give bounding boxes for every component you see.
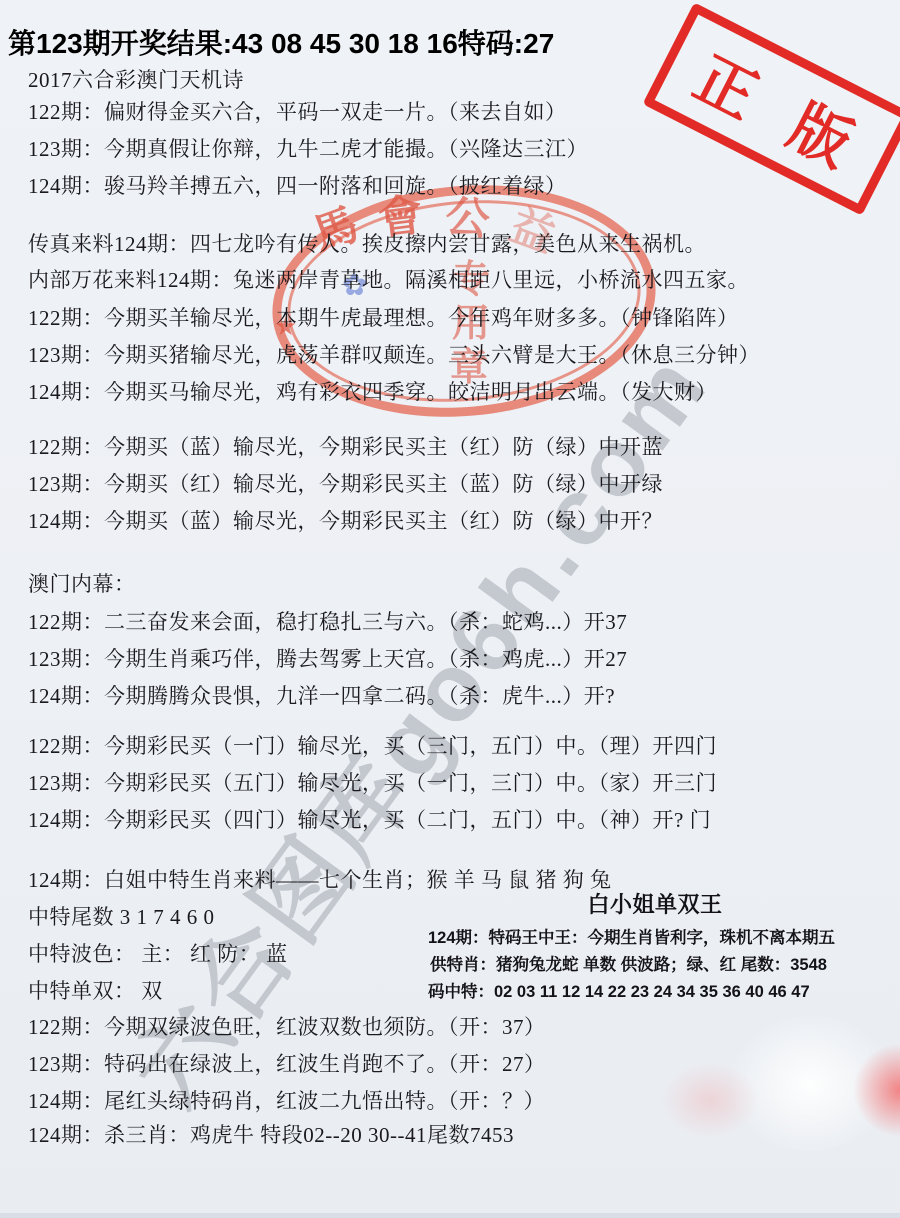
page-bottom-edge bbox=[0, 1213, 900, 1218]
laili-line: 内部万花来料124期：兔迷两岸青草地。隔溪相距八里远，小桥流水四五家。 bbox=[28, 264, 749, 294]
draw-result-headline: 第123期开奖结果:43 08 45 30 18 16特码:27 bbox=[8, 22, 554, 62]
genuine-stamp-label: 正版 bbox=[646, 13, 900, 204]
laili-line: 122期：今期买羊输尽光，本期牛虎最理想。今年鸡年财多多。（钟锋陷阵） bbox=[28, 302, 739, 332]
baixiaojie-line: 124期：特码王中王：今期生肖皆利字，珠机不离本期五 bbox=[428, 924, 835, 948]
color-bet-line: 124期：今期买（蓝）输尽光，今期彩民买主（红）防（绿）中开？ bbox=[28, 505, 663, 535]
laili-line: 传真来料124期：四七龙吟有传人。挨皮擦内尝甘露，美色从来生祸机。 bbox=[28, 228, 706, 258]
zhongte-oddeven-line: 中特单双： 双 bbox=[28, 975, 163, 1005]
lottery-tip-sheet: 馬 會 公 益 专 用 章 ✿ ★ 六合图库go6h.com 正版 第123期开… bbox=[0, 0, 900, 1218]
baixiaojie-line: 码中特：02 03 11 12 14 22 23 24 34 35 36 40 … bbox=[428, 978, 810, 1002]
baixiaojie-title: 白小姐单双王 bbox=[420, 888, 890, 919]
color-bet-line: 123期：今期买（红）输尽光，今期彩民买主（蓝）防（绿）中开绿 bbox=[28, 468, 663, 498]
tianji-line: 123期：今期真假让你辩，九牛二虎才能撮。（兴隆达三江） bbox=[28, 133, 588, 163]
zhongte-tail-line: 中特尾数 3 1 7 4 6 0 bbox=[28, 901, 215, 931]
genuine-stamp: 正版 bbox=[643, 2, 900, 215]
baixiaojie-line: 供特肖：猪狗兔龙蛇 单数 供波路；绿、红 尾数：3548 bbox=[430, 951, 827, 975]
pink-smear-decoration bbox=[640, 1045, 780, 1155]
neimu-line: 123期：今期生肖乘巧伴，腾去驾雾上天宫。（杀：鸡虎...）开27 bbox=[28, 643, 627, 673]
door-bet-line: 122期：今期彩民买（一门）输尽光，买（三门，五门）中。（理）开四门 bbox=[28, 730, 717, 760]
laili-line: 124期：今期买马输尽光，鸡有彩衣四季穿。皎洁明月出云端。（发大财） bbox=[28, 376, 717, 406]
door-bet-line: 124期：今期彩民买（四门）输尽光，买（二门，五门）中。（神）开? 门 bbox=[28, 804, 711, 834]
tianji-line: 124期：骏马羚羊搏五六，四一附落和回旋。（披红着绿） bbox=[28, 170, 567, 200]
neimu-line: 124期：今期腾腾众畏惧，九洋一四拿二码。（杀：虎牛...）开? bbox=[28, 680, 615, 710]
wave-line: 123期：特码出在绿波上，红波生肖跑不了。（开：27） bbox=[28, 1048, 546, 1078]
wave-line: 124期：尾红头绿特码肖，红波二九悟出特。（开：？） bbox=[28, 1085, 545, 1115]
tianji-heading: 2017六合彩澳门天机诗 bbox=[28, 64, 244, 94]
neimu-heading: 澳门内幕： bbox=[28, 568, 136, 598]
wave-line: 122期：今期双绿波色旺，红波双数也须防。（开：37） bbox=[28, 1011, 546, 1041]
zhongte-wave-line: 中特波色： 主： 红 防： 蓝 bbox=[28, 938, 288, 968]
laili-line: 123期：今期买猪输尽光，虎荡羊群叹颠连。三头六臂是大王。（休息三分钟） bbox=[28, 339, 760, 369]
pink-blob-decoration bbox=[835, 1025, 900, 1155]
kill-zodiac-line: 124期：杀三肖：鸡虎牛 特段02--20 30--41尾数7453 bbox=[28, 1119, 514, 1149]
tianji-line: 122期：偏财得金买六合，平码一双走一片。（来去自如） bbox=[28, 96, 567, 126]
color-bet-line: 122期：今期买（蓝）输尽光，今期彩民买主（红）防（绿）中开蓝 bbox=[28, 431, 663, 461]
neimu-line: 122期：二三奋发来会面，稳打稳扎三与六。（杀：蛇鸡...）开37 bbox=[28, 606, 627, 636]
door-bet-line: 123期：今期彩民买（五门）输尽光，买（一门，三门）中。（家）开三门 bbox=[28, 767, 717, 797]
